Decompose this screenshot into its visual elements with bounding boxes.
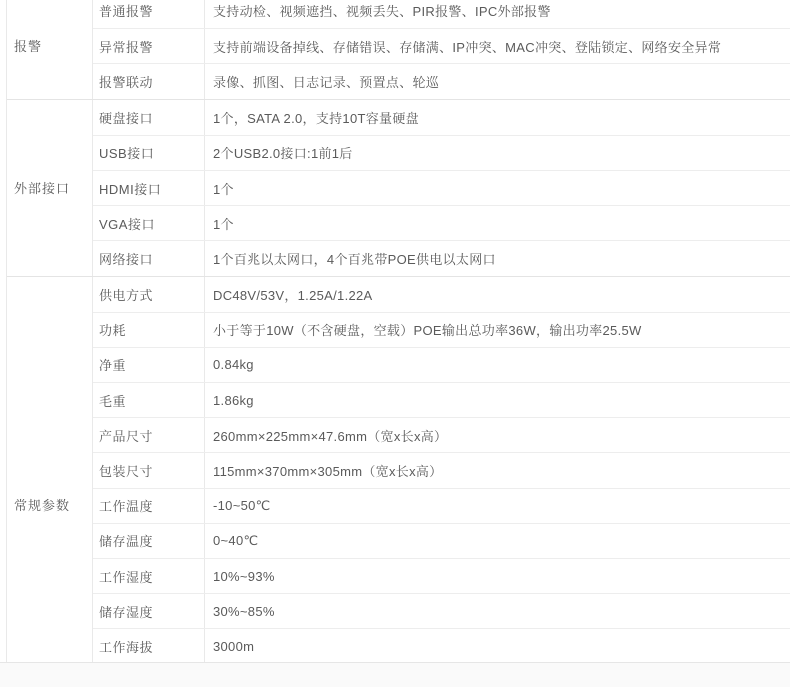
spec-value: 30%~85% [205, 594, 790, 628]
table-row: 储存温度 0~40℃ [93, 523, 790, 558]
spec-table-container: 报警 普通报警 支持动检、视频遮挡、视频丢失、PIR报警、IPC外部报警 异常报… [0, 0, 790, 663]
spec-item-label: 供电方式 [93, 277, 205, 312]
table-row: 异常报警 支持前端设备掉线、存储错误、存储满、IP冲突、MAC冲突、登陆锁定、网… [93, 28, 790, 63]
category-cell: 外部接口 [7, 100, 93, 276]
spec-value: 0~40℃ [205, 524, 790, 558]
section-rows: 硬盘接口 1个，SATA 2.0，支持10T容量硬盘 USB接口 2个USB2.… [93, 100, 790, 276]
table-row: 产品尺寸 260mm×225mm×47.6mm（宽x长x高） [93, 417, 790, 452]
table-row: HDMI接口 1个 [93, 170, 790, 205]
spec-item-label: VGA接口 [93, 206, 205, 240]
spec-item-label: HDMI接口 [93, 171, 205, 205]
spec-value: DC48V/53V，1.25A/1.22A [205, 277, 790, 312]
spec-value: 1个，SATA 2.0，支持10T容量硬盘 [205, 100, 790, 135]
table-row: VGA接口 1个 [93, 205, 790, 240]
table-row: 包装尺寸 115mm×370mm×305mm（宽x长x高） [93, 452, 790, 487]
spec-item-label: 异常报警 [93, 29, 205, 63]
spec-value: 支持前端设备掉线、存储错误、存储满、IP冲突、MAC冲突、登陆锁定、网络安全异常 [205, 29, 790, 63]
spec-item-label: 毛重 [93, 383, 205, 417]
spec-section: 常规参数 供电方式 DC48V/53V，1.25A/1.22A 功耗 小于等于1… [7, 276, 790, 664]
spec-table: 报警 普通报警 支持动检、视频遮挡、视频丢失、PIR报警、IPC外部报警 异常报… [6, 0, 790, 663]
table-row: 普通报警 支持动检、视频遮挡、视频丢失、PIR报警、IPC外部报警 [93, 0, 790, 28]
spec-value: 1个 [205, 206, 790, 240]
spec-item-label: 包装尺寸 [93, 453, 205, 487]
table-row: 毛重 1.86kg [93, 382, 790, 417]
spec-value: 3000m [205, 629, 790, 663]
spec-item-label: 工作温度 [93, 489, 205, 523]
spec-value: 小于等于10W（不含硬盘，空载）POE输出总功率36W，输出功率25.5W [205, 313, 790, 347]
table-row: 供电方式 DC48V/53V，1.25A/1.22A [93, 277, 790, 312]
table-row: 净重 0.84kg [93, 347, 790, 382]
section-rows: 普通报警 支持动检、视频遮挡、视频丢失、PIR报警、IPC外部报警 异常报警 支… [93, 0, 790, 99]
page: 报警 普通报警 支持动检、视频遮挡、视频丢失、PIR报警、IPC外部报警 异常报… [0, 0, 790, 687]
spec-value: 1个百兆以太网口，4个百兆带POE供电以太网口 [205, 241, 790, 275]
spec-item-label: 储存温度 [93, 524, 205, 558]
spec-value: 1.86kg [205, 383, 790, 417]
spec-value: 260mm×225mm×47.6mm（宽x长x高） [205, 418, 790, 452]
spec-value: 录像、抓图、日志记录、预置点、轮巡 [205, 64, 790, 98]
spec-item-label: 硬盘接口 [93, 100, 205, 135]
spec-item-label: 产品尺寸 [93, 418, 205, 452]
spec-section: 外部接口 硬盘接口 1个，SATA 2.0，支持10T容量硬盘 USB接口 2个… [7, 99, 790, 276]
spec-item-label: 储存湿度 [93, 594, 205, 628]
table-row: 工作温度 -10~50℃ [93, 488, 790, 523]
spec-item-label: USB接口 [93, 136, 205, 170]
spec-value: 1个 [205, 171, 790, 205]
spec-value: 2个USB2.0接口:1前1后 [205, 136, 790, 170]
spec-item-label: 功耗 [93, 313, 205, 347]
table-row: 网络接口 1个百兆以太网口，4个百兆带POE供电以太网口 [93, 240, 790, 275]
table-row: 功耗 小于等于10W（不含硬盘，空载）POE输出总功率36W，输出功率25.5W [93, 312, 790, 347]
spec-value: 115mm×370mm×305mm（宽x长x高） [205, 453, 790, 487]
spec-item-label: 报警联动 [93, 64, 205, 98]
spec-item-label: 普通报警 [93, 0, 205, 28]
spec-value: 10%~93% [205, 559, 790, 593]
spec-section: 报警 普通报警 支持动检、视频遮挡、视频丢失、PIR报警、IPC外部报警 异常报… [7, 0, 790, 99]
section-rows: 供电方式 DC48V/53V，1.25A/1.22A 功耗 小于等于10W（不含… [93, 277, 790, 664]
table-row: 工作湿度 10%~93% [93, 558, 790, 593]
table-row: 储存湿度 30%~85% [93, 593, 790, 628]
table-row: USB接口 2个USB2.0接口:1前1后 [93, 135, 790, 170]
spec-item-label: 工作海拔 [93, 629, 205, 663]
spec-item-label: 网络接口 [93, 241, 205, 275]
category-cell: 报警 [7, 0, 93, 99]
spec-item-label: 工作湿度 [93, 559, 205, 593]
category-cell: 常规参数 [7, 277, 93, 664]
spec-value: 0.84kg [205, 348, 790, 382]
spec-item-label: 净重 [93, 348, 205, 382]
table-row: 报警联动 录像、抓图、日志记录、预置点、轮巡 [93, 63, 790, 98]
table-row: 工作海拔 3000m [93, 628, 790, 663]
spec-value: -10~50℃ [205, 489, 790, 523]
table-row: 硬盘接口 1个，SATA 2.0，支持10T容量硬盘 [93, 100, 790, 135]
spec-value: 支持动检、视频遮挡、视频丢失、PIR报警、IPC外部报警 [205, 0, 790, 28]
